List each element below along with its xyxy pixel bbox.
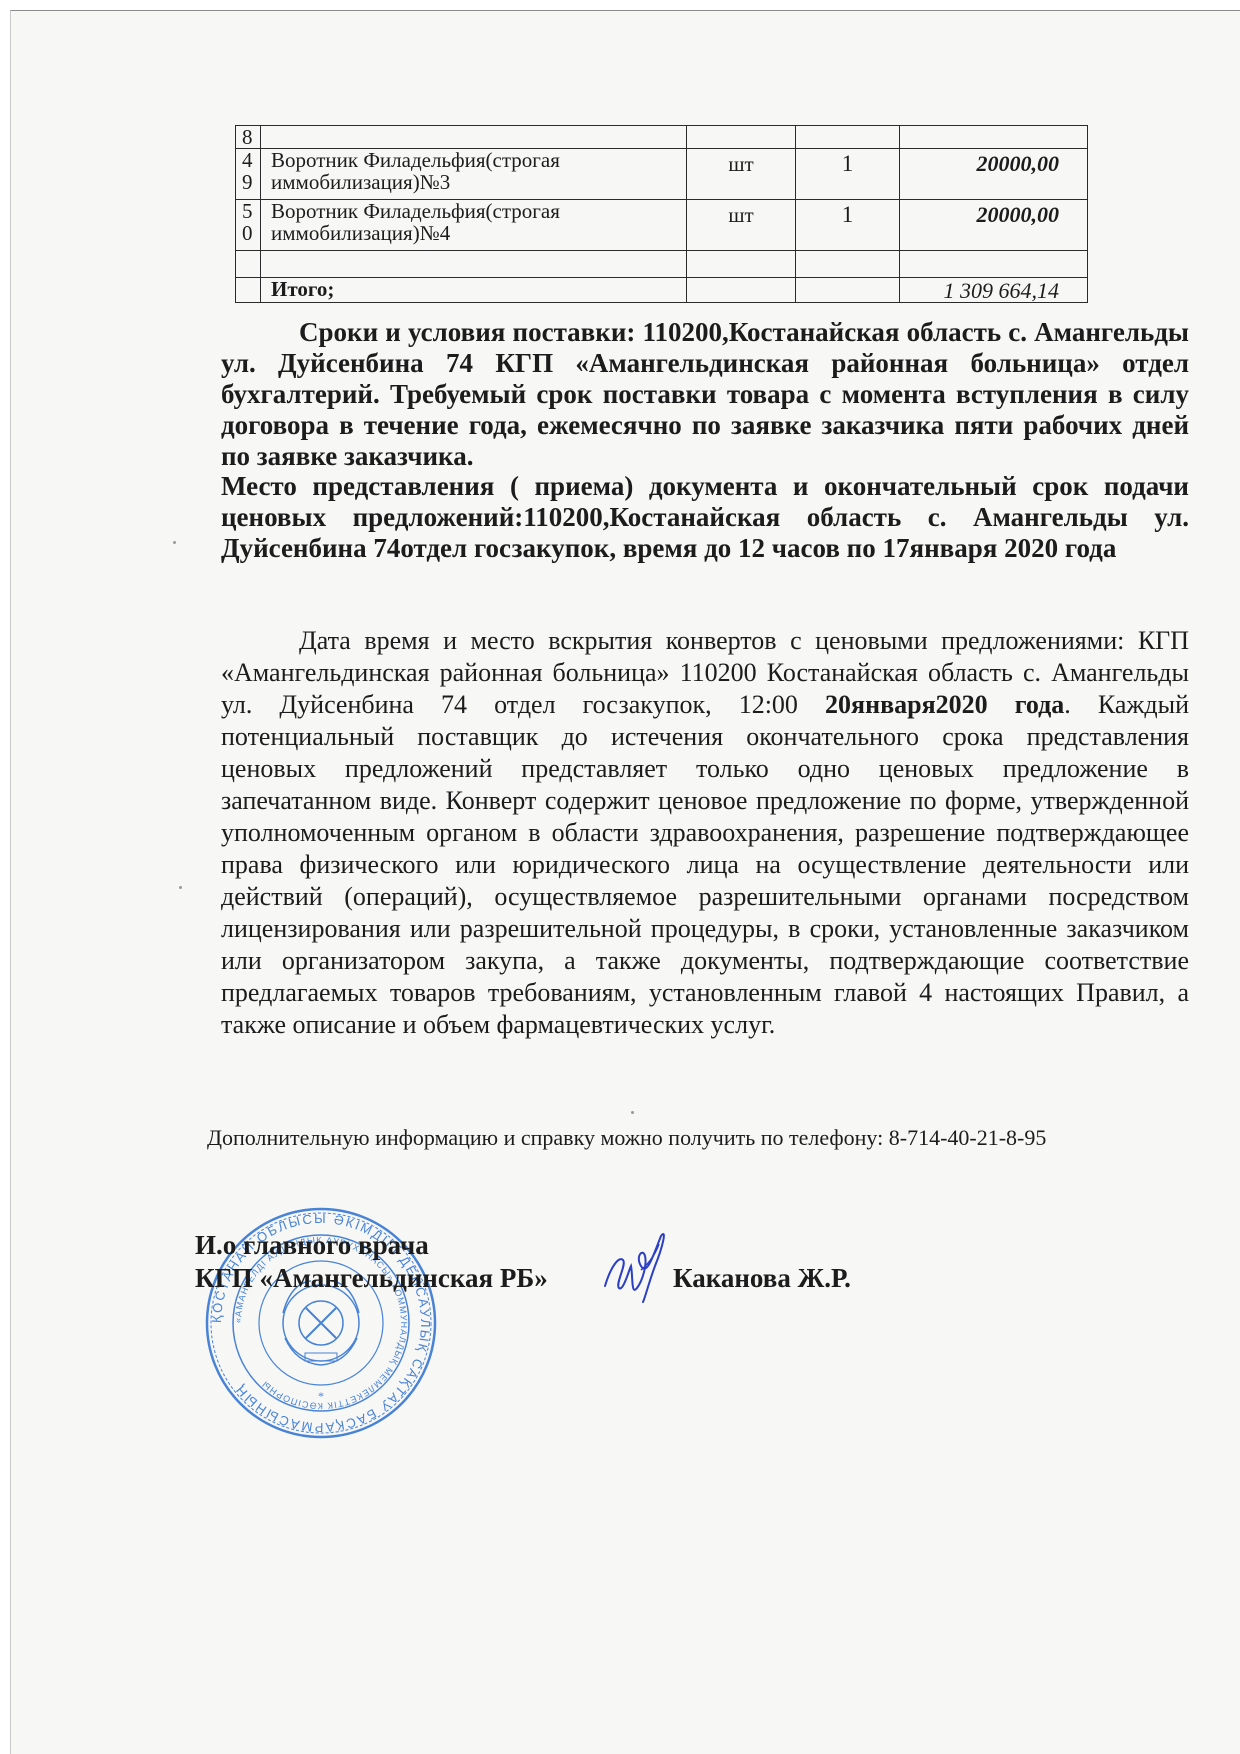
items-table: 8 49 Воротник Филадельфия(строгая иммоби… xyxy=(235,125,1088,303)
signer-organization: КГП «Амангельдинская РБ» xyxy=(195,1262,548,1295)
contact-info: Дополнительную информацию и справку можн… xyxy=(207,1125,1046,1151)
table-row xyxy=(236,251,1088,278)
row-number: 8 xyxy=(236,126,261,149)
row-number xyxy=(236,251,261,278)
scan-speck xyxy=(179,886,182,889)
scanned-page: 8 49 Воротник Филадельфия(строгая иммоби… xyxy=(10,10,1240,1754)
signature-block: И.о главного врача КГП «Амангельдинская … xyxy=(195,1229,548,1295)
item-amount: 20000,00 xyxy=(900,200,1088,251)
svg-text:*: * xyxy=(318,1389,324,1403)
item-name xyxy=(261,251,687,278)
scan-speck xyxy=(631,1111,634,1114)
item-qty xyxy=(796,251,900,278)
submission-place-paragraph: Место представления ( приема) документа … xyxy=(221,471,1189,564)
total-row: Итого; 1 309 664,14 xyxy=(236,278,1088,303)
opening-paragraph: Дата время и место вскрытия конвертов с … xyxy=(221,625,1189,1041)
row-number-text: 49 xyxy=(242,149,254,193)
item-name xyxy=(261,126,687,149)
opening-date: 20января2020 года xyxy=(825,690,1064,719)
scan-speck xyxy=(173,541,176,544)
signer-title: И.о главного врача xyxy=(195,1229,548,1262)
row-number-text: 50 xyxy=(242,200,254,244)
item-qty: 1 xyxy=(796,200,900,251)
total-amount: 1 309 664,14 xyxy=(900,278,1088,303)
row-number: 50 xyxy=(236,200,261,251)
table-row: 49 Воротник Филадельфия(строгая иммобили… xyxy=(236,149,1088,200)
total-label: Итого; xyxy=(261,278,687,303)
item-amount xyxy=(900,126,1088,149)
item-unit: шт xyxy=(687,149,796,200)
row-number xyxy=(236,278,261,303)
item-unit xyxy=(687,251,796,278)
signer-name: Каканова Ж.Р. xyxy=(673,1262,851,1295)
item-name: Воротник Филадельфия(строгая иммобилизац… xyxy=(261,200,687,251)
item-amount: 20000,00 xyxy=(900,149,1088,200)
item-unit: шт xyxy=(687,200,796,251)
item-qty: 1 xyxy=(796,149,900,200)
item-qty xyxy=(796,126,900,149)
total-qty xyxy=(796,278,900,303)
item-amount xyxy=(900,251,1088,278)
delivery-terms-paragraph: Сроки и условия поставки: 110200,Костана… xyxy=(221,317,1189,472)
row-number: 49 xyxy=(236,149,261,200)
table-row: 50 Воротник Филадельфия(строгая иммобили… xyxy=(236,200,1088,251)
total-unit xyxy=(687,278,796,303)
handwritten-signature-icon xyxy=(601,1226,681,1306)
table-row: 8 xyxy=(236,126,1088,149)
item-unit xyxy=(687,126,796,149)
opening-text-part2: . Каждый потенциальный поставщик до исте… xyxy=(221,690,1189,1039)
item-name: Воротник Филадельфия(строгая иммобилизац… xyxy=(261,149,687,200)
